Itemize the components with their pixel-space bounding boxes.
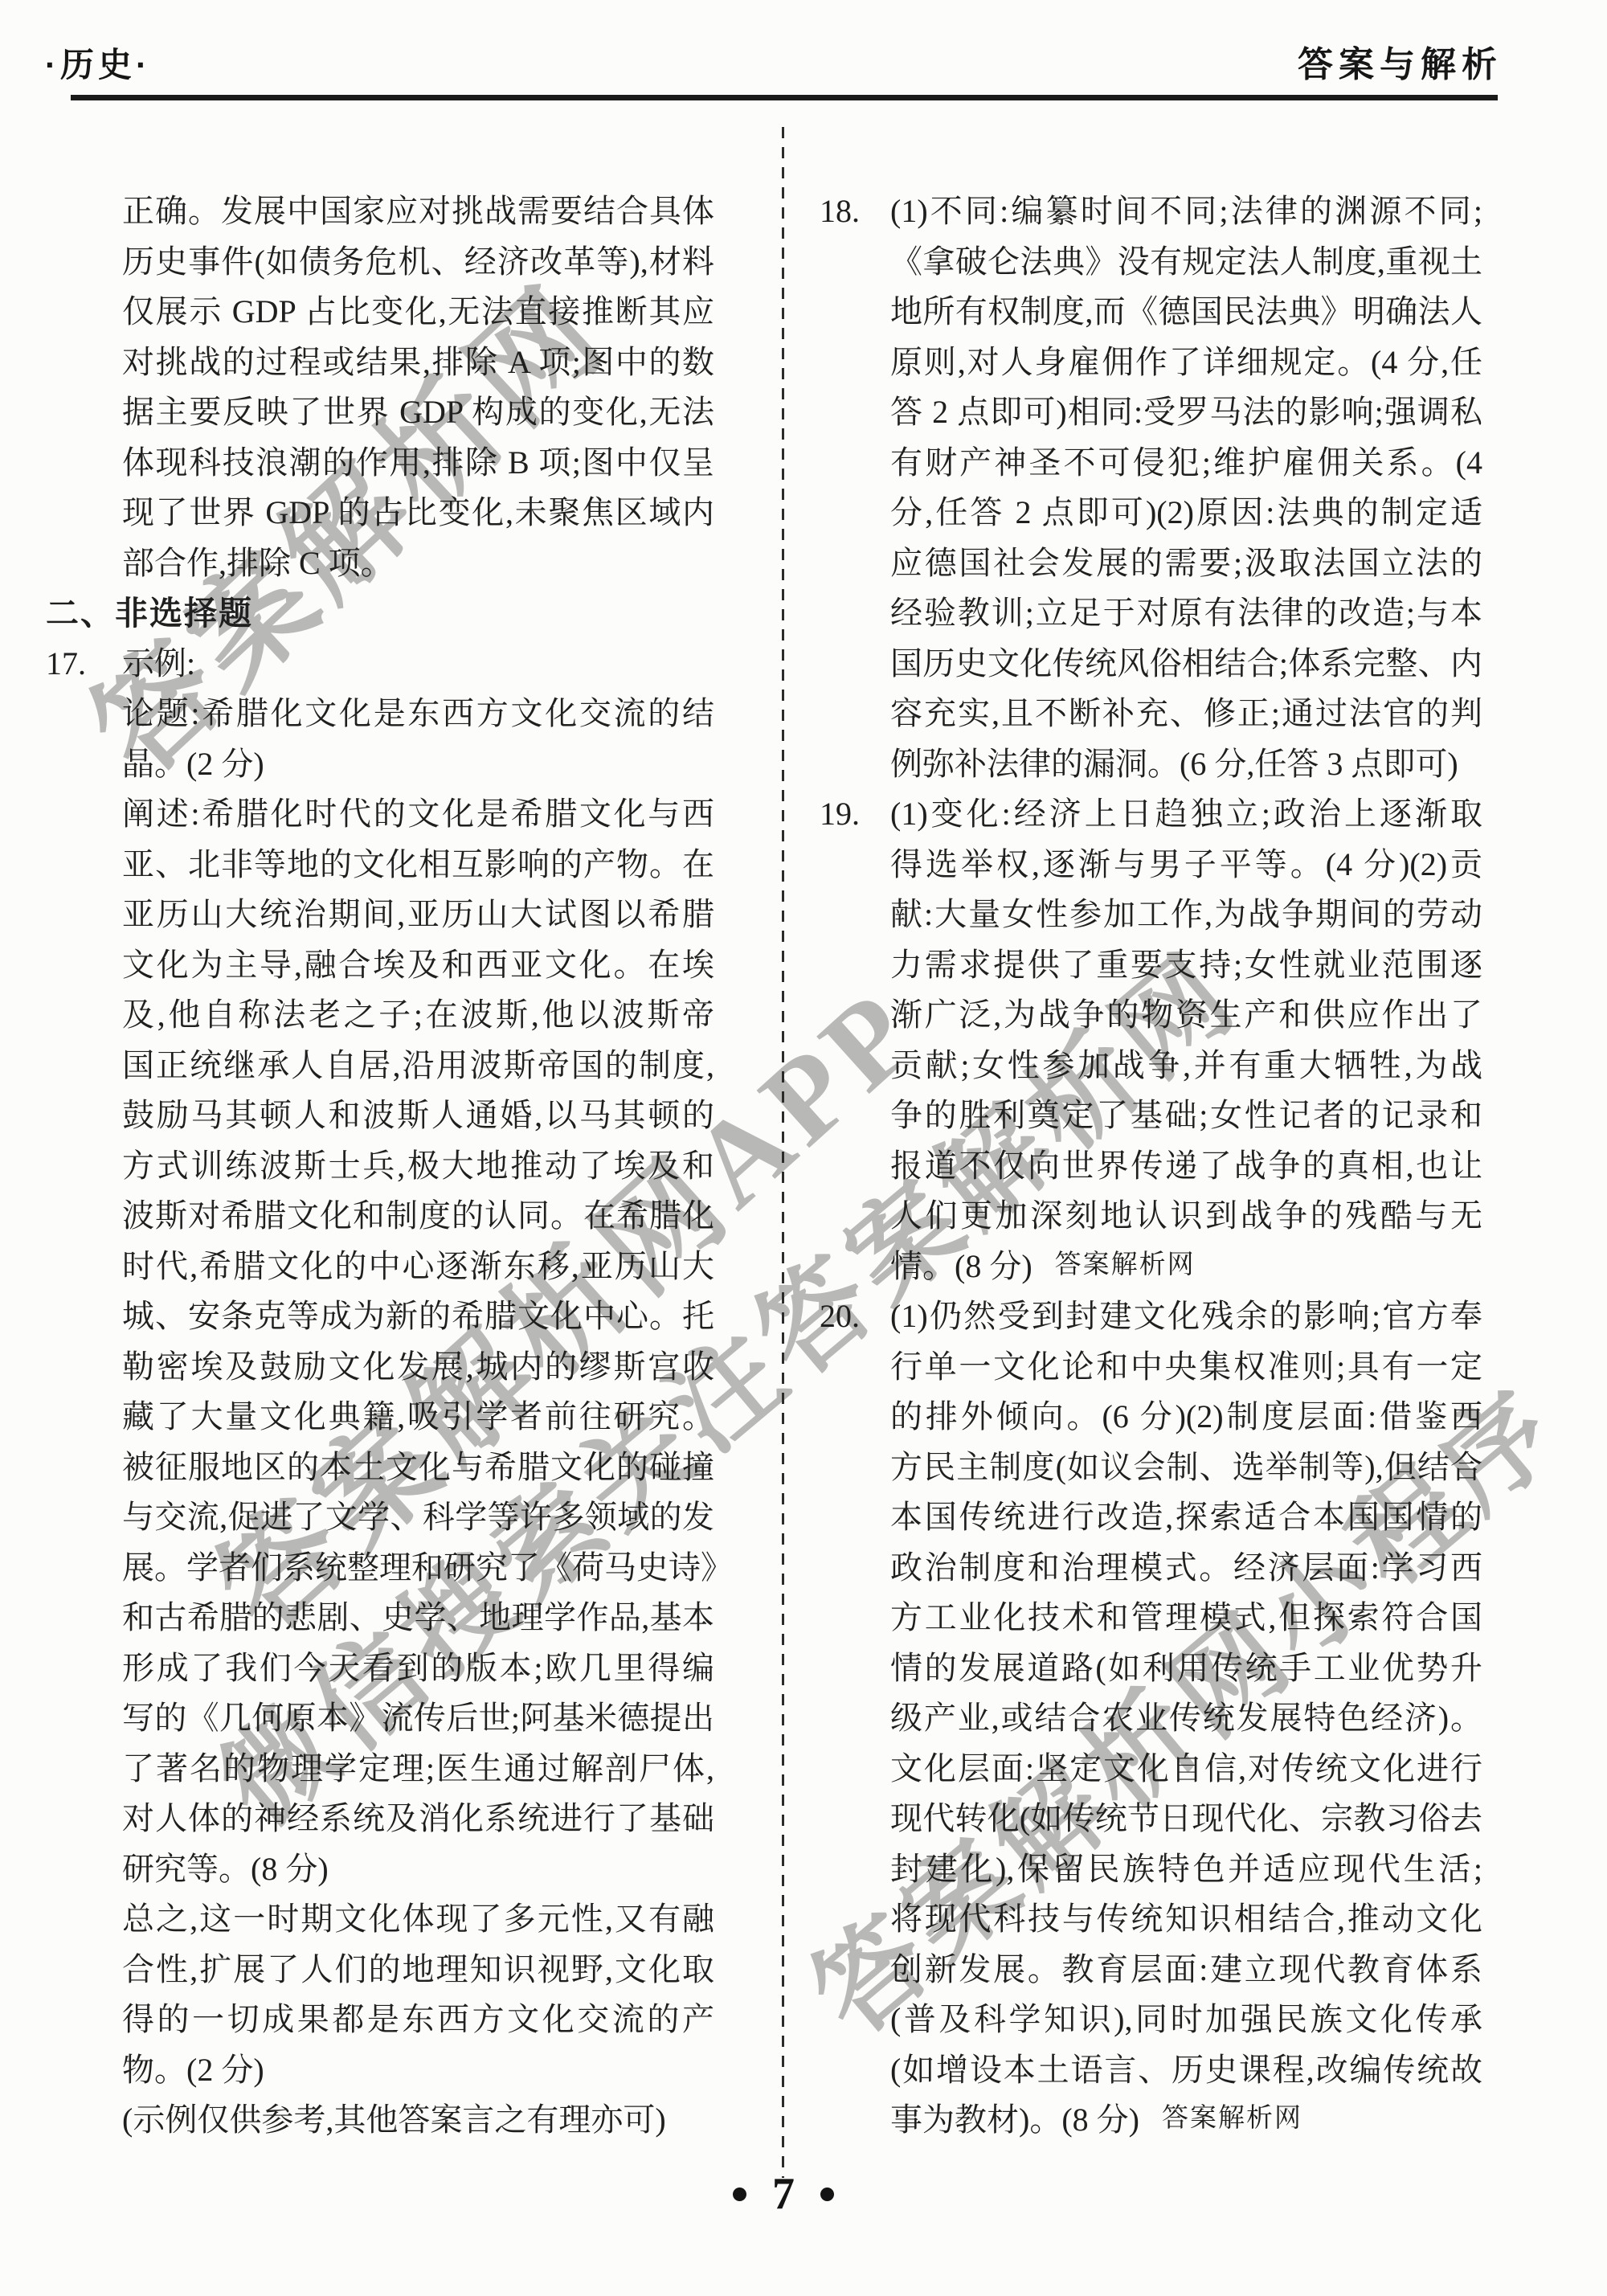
text-line: 容充实,且不断补充、修正;通过法官的判 [890,689,1482,739]
text-line: 总之,这一时期文化体现了多元性,又有融 [122,1894,714,1945]
text-line: 阐述:希腊化时代的文化是希腊文化与西 [122,789,714,840]
header-rule [71,95,1498,100]
text-line: 文化层面:坚定文化自信,对传统文化进行 [890,1744,1482,1795]
text-line: 和古希腊的悲剧、史学、地理学作品,基本 [122,1593,714,1643]
text-line: 展。学者们系统整理和研究了《荷马史诗》 [122,1543,714,1594]
text-line: 答 2 点即可)相同:受罗马法的影响;强调私 [890,387,1482,438]
text-line: 应德国社会发展的需要;汲取法国立法的 [890,538,1482,589]
text-line: 勒密埃及鼓励文化发展,城内的缪斯宫收 [122,1342,714,1393]
text-line: 情。(8 分)答案解析网 [890,1242,1482,1292]
column-divider [782,127,784,2178]
text-line: (1)变化:经济上日趋独立;政治上逐渐取 [890,789,1482,840]
section-heading: 二、非选择题 [122,588,714,639]
text-line: 时代,希腊文化的中心逐渐东移,亚历山大 [122,1242,714,1292]
text-line: 了著名的物理学定理;医生通过解剖尸体, [122,1744,714,1795]
text-line: 历史事件(如债务危机、经济改革等),材料 [122,237,714,288]
text-line: 写的《几何原本》流传后世;阿基米德提出 [122,1693,714,1744]
text-line: 分,任答 2 点即可)(2)原因:法典的制定适 [890,488,1482,538]
text-line: 据主要反映了世界 GDP 构成的变化,无法 [122,387,714,438]
continued-paragraph: 正确。发展中国家应对挑战需要结合具体历史事件(如债务危机、经济改革等),材料仅展… [122,186,714,588]
text-line: (如增设本土语言、历史课程,改编传统故 [890,2045,1482,2096]
inline-brand-text: 答案解析网 [1162,2104,1302,2133]
text-line: 献:大量女性参加工作,为战争期间的劳动 [890,890,1482,940]
text-line: 《拿破仑法典》没有规定法人制度,重视土 [890,237,1482,288]
text-line: 部合作,排除 C 项。 [122,538,714,589]
item-number: 17. [46,639,86,690]
text-line: 贡献;女性参加战争,并有重大牺牲,为战 [890,1041,1482,1091]
column-left: 正确。发展中国家应对挑战需要结合具体历史事件(如债务危机、经济改革等),材料仅展… [122,186,714,2146]
text-line: 事为教材)。(8 分)答案解析网 [890,2095,1482,2146]
text-line: 晶。(2 分) [122,739,714,790]
text-line: 对挑战的过程或结果,排除 A 项;图中的数 [122,338,714,388]
text-line: 城、安条克等成为新的希腊文化中心。托 [122,1291,714,1342]
text-line: 将现代科技与传统知识相结合,推动文化 [890,1894,1482,1945]
text-line: 方工业化技术和管理模式,但探索符合国 [890,1593,1482,1643]
text-line: 地所有权制度,而《德国民法典》明确法人 [890,287,1482,338]
text-line: 原则,对人身雇佣作了详细规定。(4 分,任 [890,338,1482,388]
text-line: 被征服地区的本土文化与希腊文化的碰撞 [122,1443,714,1493]
text-line: 封建化),保留民族特色并适应现代生活; [890,1844,1482,1895]
text-line: 亚历山大统治期间,亚历山大试图以希腊 [122,890,714,940]
text-line: 鼓励马其顿人和波斯人通婚,以马其顿的 [122,1091,714,1141]
text-line: 方式训练波斯士兵,极大地推动了埃及和 [122,1141,714,1192]
text-line: 得选举权,逐渐与男子平等。(4 分)(2)贡 [890,840,1482,890]
page-number: 7 [772,2171,795,2216]
text-line: 本国传统进行改造,探索适合本国国情的 [890,1492,1482,1543]
text-line: (示例仅供参考,其他答案言之有理亦可) [122,2095,714,2146]
header-subject: ·历史· [45,39,151,87]
text-line: 得的一切成果都是东西方文化交流的产 [122,1995,714,2045]
answer-item-17: 17.示例:论题:希腊化文化是东西方文化交流的结晶。(2 分)阐述:希腊化时代的… [122,639,714,2146]
text-line: 现了世界 GDP 的占比变化,未聚焦区域内 [122,488,714,538]
inline-brand-text: 答案解析网 [1055,1250,1196,1279]
text-line: 情的发展道路(如利用传统手工业优势升 [890,1643,1482,1694]
answer-item-20: 20.(1)仍然受到封建文化残余的影响;官方奉行单一文化论和中央集权准则;具有一… [890,1291,1482,2146]
footer-dot-icon [820,2188,834,2201]
text-line: (1)不同:编纂时间不同;法律的渊源不同; [890,186,1482,237]
text-line: 争的胜利奠定了基础;女性记者的记录和 [890,1091,1482,1141]
text-line: (1)仍然受到封建文化残余的影响;官方奉 [890,1291,1482,1342]
text-line: 力需求提供了重要支持;女性就业范围逐 [890,940,1482,991]
text-line: 亚、北非等地的文化相互影响的产物。在 [122,840,714,890]
text-line: 国正统继承人自居,沿用波斯帝国的制度, [122,1041,714,1091]
text-line: 形成了我们今天看到的版本;欧几里得编 [122,1643,714,1694]
text-line: 仅展示 GDP 占比变化,无法直接推断其应 [122,287,714,338]
text-line: 现代转化(如传统节日现代化、宗教习俗去 [890,1794,1482,1844]
item-number: 19. [820,789,860,840]
text-line: 与交流,促进了文学、科学等许多领域的发 [122,1492,714,1543]
text-line: 政治制度和治理模式。经济层面:学习西 [890,1543,1482,1594]
text-line: 正确。发展中国家应对挑战需要结合具体 [122,186,714,237]
text-line: 的排外倾向。(6 分)(2)制度层面:借鉴西 [890,1392,1482,1443]
text-line: 报道不仅向世界传递了战争的真相,也让 [890,1141,1482,1192]
text-line: 及,他自称法老之子;在波斯,他以波斯帝 [122,990,714,1041]
text-line: 研究等。(8 分) [122,1844,714,1895]
text-line: 文化为主导,融合埃及和西亚文化。在埃 [122,940,714,991]
page-footer: 7 [733,2171,834,2216]
text-line: 有财产神圣不可侵犯;维护雇佣关系。(4 [890,438,1482,489]
text-line: 波斯对希腊文化和制度的认同。在希腊化 [122,1191,714,1242]
text-line: 行单一文化论和中央集权准则;具有一定 [890,1342,1482,1393]
text-line: 经验教训;立足于对原有法律的改造;与本 [890,588,1482,639]
text-line: 物。(2 分) [122,2045,714,2096]
header-section-title: 答案与解析 [1298,35,1503,87]
text-line: 藏了大量文化典籍,吸引学者前往研究。 [122,1392,714,1443]
text-line: 例弥补法律的漏洞。(6 分,任答 3 点即可) [890,739,1482,790]
column-right: 18.(1)不同:编纂时间不同;法律的渊源不同;《拿破仑法典》没有规定法人制度,… [890,186,1482,2146]
text-line: 体现科技浪潮的作用,排除 B 项;图中仅呈 [122,438,714,489]
text-line: 创新发展。教育层面:建立现代教育体系 [890,1945,1482,1995]
text-line: 渐广泛,为战争的物资生产和供应作出了 [890,990,1482,1041]
item-number: 18. [820,186,860,237]
answer-item-19: 19.(1)变化:经济上日趋独立;政治上逐渐取得选举权,逐渐与男子平等。(4 分… [890,789,1482,1291]
text-line: 合性,扩展了人们的地理知识视野,文化取 [122,1945,714,1995]
answer-key-page: 答案解析网答案解析网APP微信搜索关注答案解析网答案解析网小程序 ·历史· 答案… [0,0,1607,2296]
item-number: 20. [820,1291,860,1342]
heading-text: 二、非选择题 [46,588,714,639]
text-line: 级产业,或结合农业传统发展特色经济)。 [890,1693,1482,1744]
text-line: 方民主制度(如议会制、选举制等),但结合 [890,1443,1482,1493]
text-line: 人们更加深刻地认识到战争的残酷与无 [890,1191,1482,1242]
text-line: (普及科学知识),同时加强民族文化传承 [890,1995,1482,2045]
answer-item-18: 18.(1)不同:编纂时间不同;法律的渊源不同;《拿破仑法典》没有规定法人制度,… [890,186,1482,789]
text-line: 论题:希腊化文化是东西方文化交流的结 [122,689,714,739]
footer-dot-icon [733,2188,746,2201]
text-line: 国历史文化传统风俗相结合;体系完整、内 [890,639,1482,690]
text-line: 示例: [122,639,714,690]
text-line: 对人体的神经系统及消化系统进行了基础 [122,1794,714,1844]
